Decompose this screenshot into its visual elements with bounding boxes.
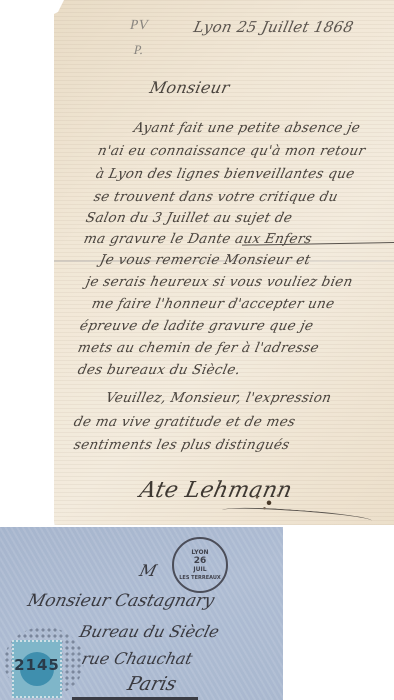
letter-line: Salon du 3 Juillet au sujet de — [84, 210, 294, 226]
postmark-stamp: LYON 26 JUIL LES TERREAUX — [172, 537, 228, 593]
letter-line: me faire l'honneur d'accepter une — [90, 296, 336, 312]
handwritten-letter: PV P. Lyon 25 Juillet 1868 Monsieur Ayan… — [54, 0, 394, 525]
letter-line: des bureaux du Siècle. — [76, 362, 242, 378]
ink-spots — [254, 492, 284, 510]
letter-line: à Lyon des lignes bienveillantes que — [94, 166, 356, 182]
address-line: M — [138, 561, 159, 580]
pencil-mark: PV — [128, 18, 150, 34]
postmark-city: LYON — [191, 549, 208, 556]
address-line: Monsieur Castagnary — [26, 591, 217, 611]
letter-line: sentiments les plus distingués — [72, 437, 291, 453]
address-line: rue Chauchat — [80, 649, 195, 668]
letter-line: n'ai eu connaissance qu'à mon retour — [96, 143, 367, 159]
stamp-cancel-number: 2145 — [14, 656, 60, 674]
letter-date: Lyon 25 Juillet 1868 — [192, 18, 355, 36]
letter-line: Je vous remercie Monsieur et — [98, 252, 312, 268]
postmark-day: 26 — [194, 556, 207, 566]
postmark-office: LES TERREAUX — [179, 575, 221, 581]
letter-line: je serais heureux si vous vouliez bien — [84, 274, 354, 290]
letter-line: Veuillez, Monsieur, l'expression — [104, 390, 333, 406]
address-line: Bureau du Siècle — [78, 622, 222, 641]
letter-line: de ma vive gratitude et de mes — [72, 414, 297, 430]
signature-flourish — [222, 505, 372, 526]
envelope: LYON 26 JUIL LES TERREAUX M Monsieur Cas… — [0, 527, 283, 700]
postmark-month: JUIL — [193, 566, 206, 573]
letter-line: Ayant fait une petite absence je — [132, 120, 361, 136]
letter-line: mets au chemin de fer à l'adresse — [76, 340, 320, 356]
address-line: Paris — [125, 673, 179, 695]
postage-stamp: 2145 — [12, 640, 62, 698]
letter-line: se trouvent dans votre critique du — [92, 189, 339, 205]
pencil-mark: P. — [132, 42, 145, 58]
letter-line: épreuve de ladite gravure que je — [78, 318, 315, 334]
letter-salutation: Monsieur — [148, 78, 232, 97]
